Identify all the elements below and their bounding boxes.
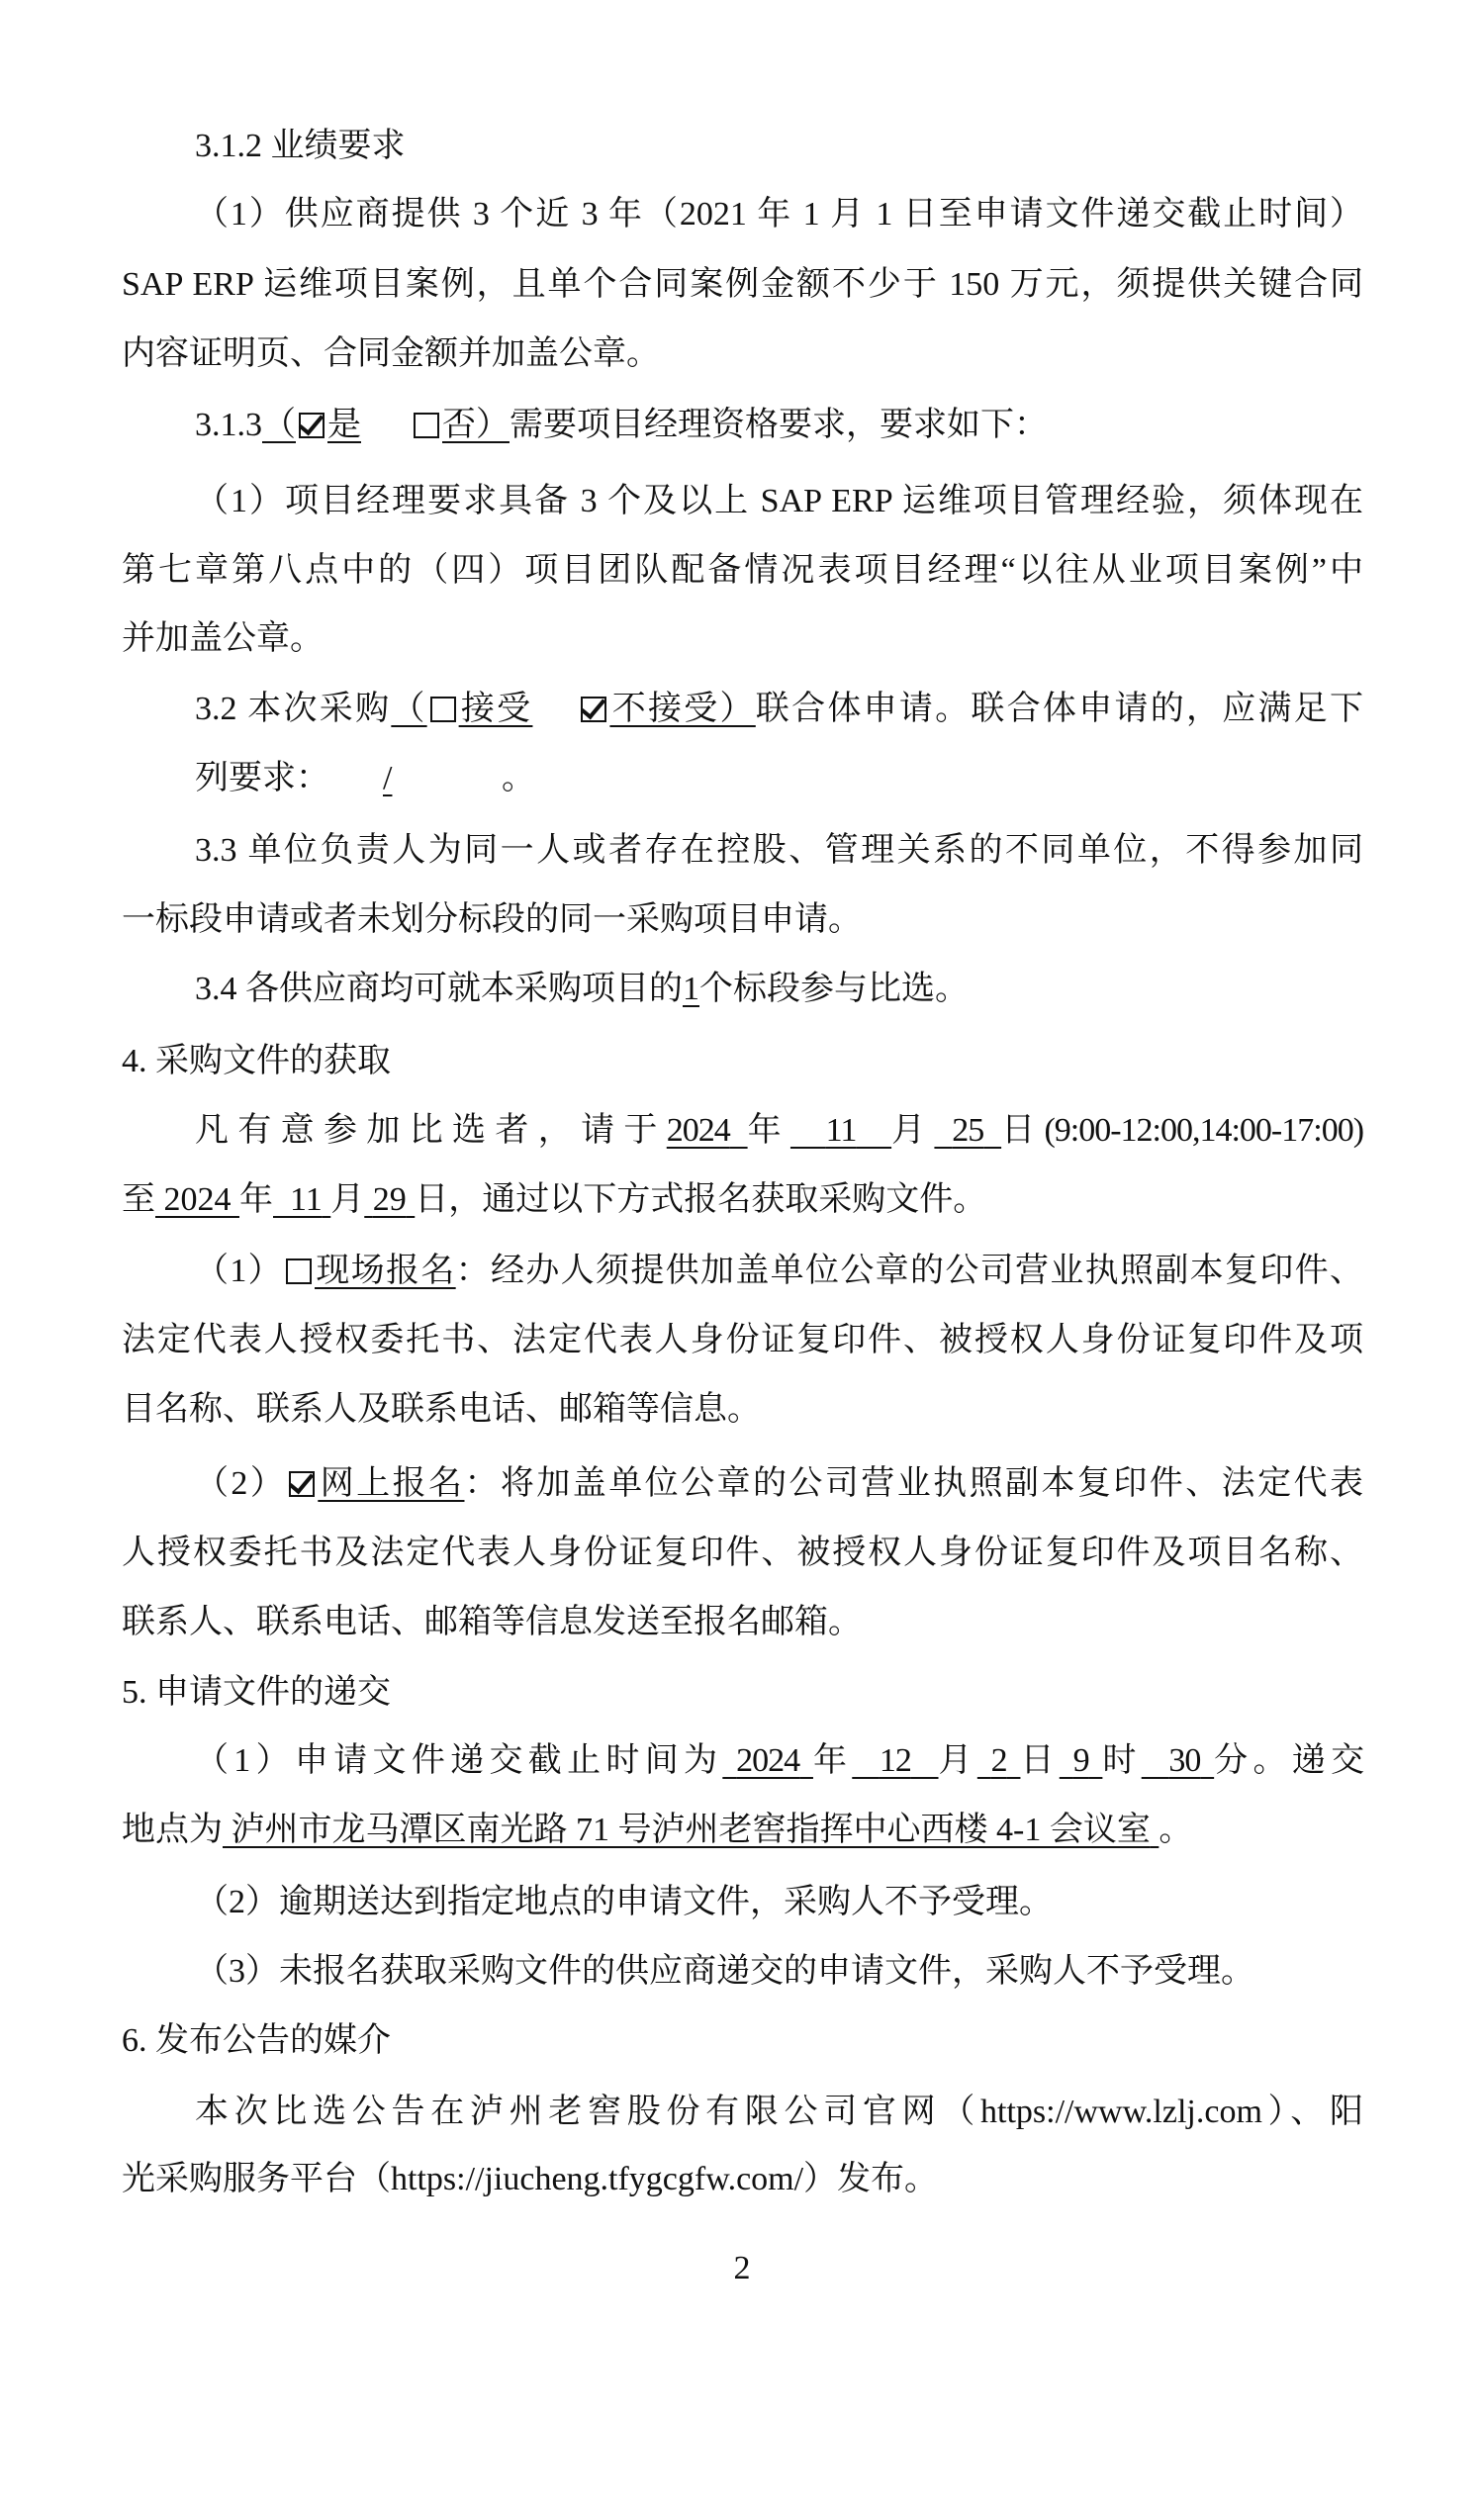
page-number: 2 bbox=[730, 2249, 754, 2288]
paren-open: （ bbox=[391, 691, 426, 727]
paragraph-line: 第七章第八点中的（四）项目团队配备情况表项目经理“以往从业项目案例”中 bbox=[122, 549, 1363, 593]
text: 。递交 bbox=[1252, 1742, 1363, 1779]
period: 。 bbox=[502, 760, 535, 796]
option-accept-label: 接受 bbox=[459, 691, 533, 727]
checkbox-no-icon[interactable] bbox=[414, 413, 439, 438]
unit: 日 bbox=[1001, 1112, 1044, 1149]
paren-close: ） bbox=[720, 691, 756, 727]
deadline-line: （1）申请文件递交截止时间为 2024 年 12 月 2 日 9 时 30 分。… bbox=[195, 1739, 1363, 1783]
section-3-4-line: 3.4 各供应商均可就本采购项目的1个标段参与比选。 bbox=[195, 968, 1363, 1011]
paragraph-line: （1）供应商提供 3 个近 3 年（2021 年 1 月 1 日至申请文件递交截… bbox=[195, 193, 1363, 236]
onsite-registration-label: 现场报名 bbox=[315, 1253, 456, 1289]
paragraph-line: （3）未报名获取采购文件的供应商递交的申请文件，采购人不予受理。 bbox=[195, 1950, 1363, 1994]
paren-close: ） bbox=[476, 407, 510, 443]
section-3-1-2-title: 3.1.2 业绩要求 bbox=[195, 125, 1363, 168]
unit: 年 bbox=[239, 1181, 273, 1218]
start-year: 2024 bbox=[667, 1112, 748, 1149]
paragraph-line: 联系人、联系电话、邮箱等信息发送至报名邮箱。 bbox=[122, 1601, 1363, 1644]
deadline-month: 12 bbox=[852, 1742, 938, 1779]
unit: 年 bbox=[748, 1112, 790, 1149]
deadline-minute: 30 bbox=[1142, 1742, 1214, 1779]
checkbox-reject-checked-icon[interactable] bbox=[581, 697, 606, 722]
submission-location: 泸州市龙马潭区南光路 71 号泸州老窖指挥中心西楼 4-1 会议室 bbox=[223, 1812, 1159, 1848]
paragraph-line: 3.3 单位负责人为同一人或者存在控股、管理关系的不同单位，不得参加同 bbox=[195, 829, 1363, 873]
end-day: 29 bbox=[364, 1181, 415, 1218]
text: （1）申请文件递交截止时间为 bbox=[195, 1742, 722, 1779]
requirements-line: 列要求：/。 bbox=[195, 757, 1363, 800]
option-no-label: 否 bbox=[442, 407, 476, 443]
section-text: 联合体申请。联合体申请的，应满足下 bbox=[756, 691, 1363, 727]
deadline-hour: 9 bbox=[1060, 1742, 1103, 1779]
text: ，通过以下方式报名获取采购文件。 bbox=[448, 1181, 986, 1218]
unit: 时 bbox=[1102, 1742, 1141, 1779]
paragraph-line: SAP ERP 运维项目案例，且单个合同案例金额不少于 150 万元，须提供关键… bbox=[122, 263, 1363, 307]
document-page: 3.1.2 业绩要求 （1）供应商提供 3 个近 3 年（2021 年 1 月 … bbox=[0, 0, 1484, 2517]
option-reject-label: 不接受 bbox=[609, 691, 719, 727]
paragraph-line: 人授权委托书及法定代表人身份证复印件、被授权人身份证复印件及项目名称、 bbox=[122, 1532, 1363, 1575]
requirements-value: / bbox=[383, 760, 392, 796]
paragraph-line: 光采购服务平台（https://jiucheng.tfygcgfw.com/）发… bbox=[122, 2158, 1363, 2201]
section-3-1-3-line: 3.1.3（是 否）需要项目经理资格要求，要求如下： bbox=[195, 404, 1363, 447]
section-3-2-line: 3.2 本次采购（接受 不接受）联合体申请。联合体申请的，应满足下 bbox=[195, 688, 1363, 731]
section-5-title: 5. 申请文件的递交 bbox=[122, 1671, 1363, 1715]
end-year: 2024 bbox=[155, 1181, 239, 1218]
start-day: 25 bbox=[934, 1112, 1001, 1149]
online-registration-label: 网上报名 bbox=[318, 1465, 464, 1502]
onsite-registration-line: （1）现场报名：经办人须提供加盖单位公章的公司营业执照副本复印件、 bbox=[195, 1250, 1363, 1293]
paren-open: （ bbox=[262, 407, 296, 443]
unit: 日 bbox=[415, 1181, 448, 1218]
deadline-year: 2024 bbox=[722, 1742, 813, 1779]
office-hours: (9:00-12:00,14:00-17:00) bbox=[1044, 1112, 1363, 1149]
unit: 月 bbox=[939, 1742, 977, 1779]
section-text: 需要项目经理资格要求，要求如下： bbox=[510, 407, 1048, 443]
start-month: 11 bbox=[790, 1112, 891, 1149]
text: 地点为 bbox=[122, 1812, 223, 1848]
section-text: 3.2 本次采购 bbox=[195, 691, 391, 727]
section-6-title: 6. 发布公告的媒介 bbox=[122, 2019, 1363, 2063]
unit: 年 bbox=[813, 1742, 852, 1779]
end-month: 11 bbox=[273, 1181, 330, 1218]
lot-count: 1 bbox=[683, 971, 699, 1007]
unit: 日 bbox=[1020, 1742, 1059, 1779]
registration-period-line: 凡有意参加比选者，请于2024 年 11 月 25 日(9:00-12:00,1… bbox=[195, 1109, 1363, 1153]
checkbox-yes-checked-icon[interactable] bbox=[299, 413, 325, 438]
paragraph-line: （2）逾期送达到指定地点的申请文件，采购人不予受理。 bbox=[195, 1881, 1363, 1924]
requirements-label: 列要求： bbox=[195, 760, 329, 796]
checkbox-online-checked-icon[interactable] bbox=[289, 1471, 315, 1497]
text: 至 bbox=[122, 1181, 155, 1218]
text: ：经办人须提供加盖单位公章的公司营业执照副本复印件、 bbox=[456, 1253, 1363, 1289]
paragraph-line: 并加盖公章。 bbox=[122, 617, 1363, 661]
deadline-day: 2 bbox=[977, 1742, 1021, 1779]
checkbox-onsite-icon[interactable] bbox=[286, 1258, 312, 1284]
section-text: 个标段参与比选。 bbox=[699, 971, 969, 1007]
location-line: 地点为 泸州市龙马潭区南光路 71 号泸州老窖指挥中心西楼 4-1 会议室 。 bbox=[122, 1809, 1363, 1852]
item-number: （2） bbox=[195, 1465, 286, 1502]
text: ：将加盖单位公章的公司营业执照副本复印件、法定代表 bbox=[465, 1465, 1364, 1502]
period: 。 bbox=[1159, 1812, 1192, 1848]
unit: 月 bbox=[891, 1112, 934, 1149]
section-4-title: 4. 采购文件的获取 bbox=[122, 1040, 1363, 1083]
registration-period-end-line: 至 2024 年 11 月 29 日，通过以下方式报名获取采购文件。 bbox=[122, 1178, 1363, 1222]
paragraph-line: 法定代表人授权委托书、法定代表人身份证复印件、被授权人身份证复印件及项 bbox=[122, 1319, 1363, 1362]
paragraph-line: 内容证明页、合同金额并加盖公章。 bbox=[122, 332, 1363, 376]
paragraph-line: （1）项目经理要求具备 3 个及以上 SAP ERP 运维项目管理经验，须体现在 bbox=[195, 480, 1363, 523]
option-yes-label: 是 bbox=[327, 407, 361, 443]
consortium-choice: （接受 不接受） bbox=[391, 691, 755, 727]
item-number: （1） bbox=[195, 1253, 283, 1289]
text: 凡有意参加比选者，请于 bbox=[195, 1112, 667, 1149]
paragraph-line: 目名称、联系人及联系电话、邮箱等信息。 bbox=[122, 1388, 1363, 1432]
checkbox-accept-icon[interactable] bbox=[430, 697, 456, 722]
paragraph-line: 本次比选公告在泸州老窖股份有限公司官网（https://www.lzlj.com… bbox=[195, 2091, 1363, 2134]
requirements-blank: / bbox=[343, 757, 502, 800]
unit: 分 bbox=[1214, 1742, 1252, 1779]
section-text: 3.4 各供应商均可就本采购项目的 bbox=[195, 971, 683, 1007]
unit: 月 bbox=[330, 1181, 364, 1218]
pm-required-choice: （是 否） bbox=[262, 407, 510, 443]
section-number: 3.1.3 bbox=[195, 407, 262, 443]
online-registration-line: （2）网上报名：将加盖单位公章的公司营业执照副本复印件、法定代表 bbox=[195, 1462, 1363, 1506]
paragraph-line: 一标段申请或者未划分标段的同一采购项目申请。 bbox=[122, 898, 1363, 942]
